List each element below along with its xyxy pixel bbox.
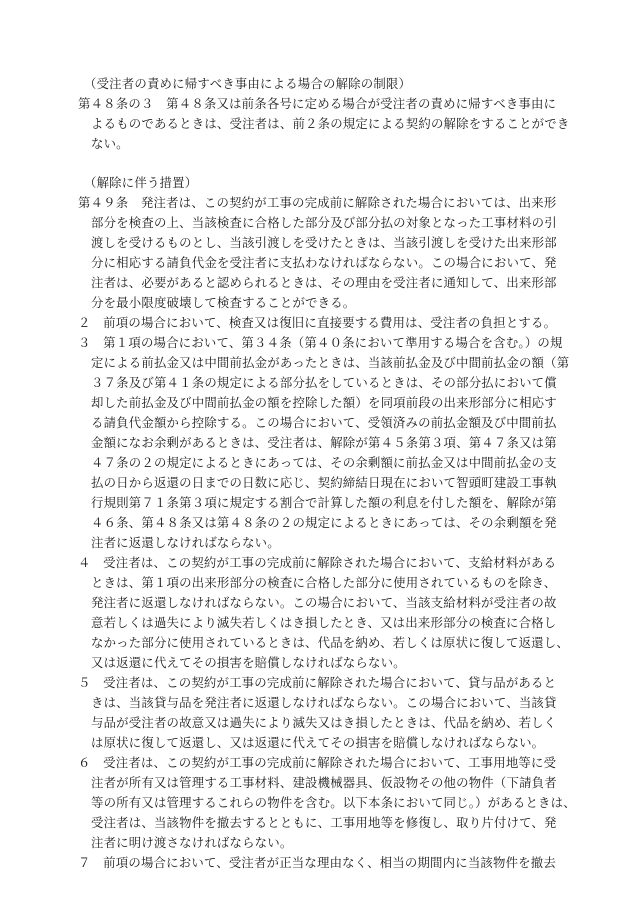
paragraph-3-line: 却した前払金及び中間前払金の額を控除した額）を同項前段の出来形部分に相応す xyxy=(91,393,557,413)
paragraph-5-line: ５ 受注者は、この契約が工事の完成前に解除された場合において、貸与品があると xyxy=(78,673,556,693)
paragraph-3-line: 金額になお余剰があるときは、受注者は、解除が第４５条第３項、第４７条又は第 xyxy=(91,433,557,453)
paragraph-3-line: ４７条の２の規定によるときにあっては、その余剰額に前払金又は中間前払金の支 xyxy=(91,453,557,473)
paragraph-3-line: ４６条、第４８条又は第４８条の２の規定によるときにあっては、その余剰額を発 xyxy=(91,513,557,533)
paragraph-6-line: 注者に明け渡さなければならない。 xyxy=(91,833,292,853)
article-48-3-line: 第４８条の３ 第４８条又は前条各号に定める場合が受注者の責めに帰すべき事由に xyxy=(78,94,556,114)
paragraph-4-line: 発注者に返還しなければならない。この場合において、当該支給材料が受注者の故 xyxy=(91,593,557,613)
paragraph-4-line: 意若しくは過失により滅失若しくはき損したとき、又は出来形部分の検査に合格し xyxy=(91,613,556,633)
article-49-line: 分を最小限度破壊して検査することができる。 xyxy=(91,293,355,313)
paragraph-3-line: 定による前払金又は中間前払金があったときは、当該前払金及び中間前払金の額（第 xyxy=(91,353,569,373)
paragraph-6-line: 注者が所有又は管理する工事材料、建設機械器具、仮設物その他の物件（下請負者 xyxy=(91,773,557,793)
paragraph-3-line: ３７条及び第４１条の規定による部分払をしているときは、その部分払において償 xyxy=(91,373,557,393)
paragraph-3-line: 行規則第７１条第３項に規定する割合で計算した額の利息を付した額を、解除が第 xyxy=(91,493,557,513)
article-49-line: 部分を検査の上、当該検査に合格した部分及び部分払の対象となった工事材料の引 xyxy=(91,213,557,233)
paragraph-3-line: ３ 第１項の場合において、第３４条（第４０条において準用する場合を含む。）の規 xyxy=(78,333,563,353)
section-caption: （解除に伴う措置） xyxy=(84,173,197,193)
article-49-line: 第４９条 発注者は、この契約が工事の完成前に解除された場合においては、出来形 xyxy=(78,193,556,213)
paragraph-2-line: ２ 前項の場合において、検査又は復旧に直接要する費用は、受注者の負担とする。 xyxy=(78,313,556,333)
paragraph-5-line: は原状に復して返還し、又は返還に代えてその損害を賠償しなければならない。 xyxy=(91,733,544,753)
paragraph-4-line: ４ 受注者は、この契約が工事の完成前に解除された場合において、支給材料がある xyxy=(78,553,556,573)
paragraph-6-line: ６ 受注者は、この契約が工事の完成前に解除された場合において、工事用地等に受 xyxy=(78,753,556,773)
article-49-line: 注者は、必要があると認められるときは、その理由を受注者に通知して、出来形部 xyxy=(91,273,557,293)
article-48-3-line: ない。 xyxy=(91,134,129,154)
paragraph-5-line: きは、当該貸与品を発注者に返還しなければならない。この場合において、当該貸 xyxy=(91,693,557,713)
paragraph-6-line: 等の所有又は管理するこれらの物件を含む。以下本条において同じ。）があるときは、 xyxy=(91,793,576,813)
section-caption: （受注者の責めに帰すべき事由による場合の解除の制限） xyxy=(84,74,411,94)
paragraph-4-line: なかった部分に使用されているときは、代品を納め、若しくは原状に復して返還し、 xyxy=(91,633,569,653)
paragraph-3-line: 払の日から返還の日までの日数に応じ、契約締結日現在において智頭町建設工事執 xyxy=(91,473,557,493)
paragraph-6-line: 受注者は、当該物件を撤去するとともに、工事用地等を修復し、取り片付けて、発 xyxy=(91,813,557,833)
paragraph-5-line: 与品が受注者の故意又は過失により滅失又はき損したときは、代品を納め、若しく xyxy=(91,713,556,733)
document-page: （受注者の責めに帰すべき事由による場合の解除の制限） 第４８条の３ 第４８条又は… xyxy=(0,0,630,903)
paragraph-7-line: ７ 前項の場合において、受注者が正当な理由なく、相当の期間内に当該物件を撤去 xyxy=(78,853,556,873)
article-48-3-line: よるものであるときは、受注者は、前２条の規定による契約の解除をすることができ xyxy=(91,114,569,134)
paragraph-3-line: る請負代金額から控除する。この場合において、受領済みの前払金額及び中間前払 xyxy=(91,413,557,433)
article-49-line: 分に相応する請負代金を受注者に支払わなければならない。この場合において、発 xyxy=(91,253,557,273)
paragraph-3-line: 注者に返還しなければならない。 xyxy=(91,533,280,553)
paragraph-4-line: ときは、第１項の出来形部分の検査に合格した部分に使用されているものを除き、 xyxy=(91,573,556,593)
article-49-line: 渡しを受けるものとし、当該引渡しを受けたときは、当該引渡しを受けた出来形部 xyxy=(91,233,557,253)
paragraph-4-line: 又は返還に代えてその損害を賠償しなければならない。 xyxy=(91,653,406,673)
